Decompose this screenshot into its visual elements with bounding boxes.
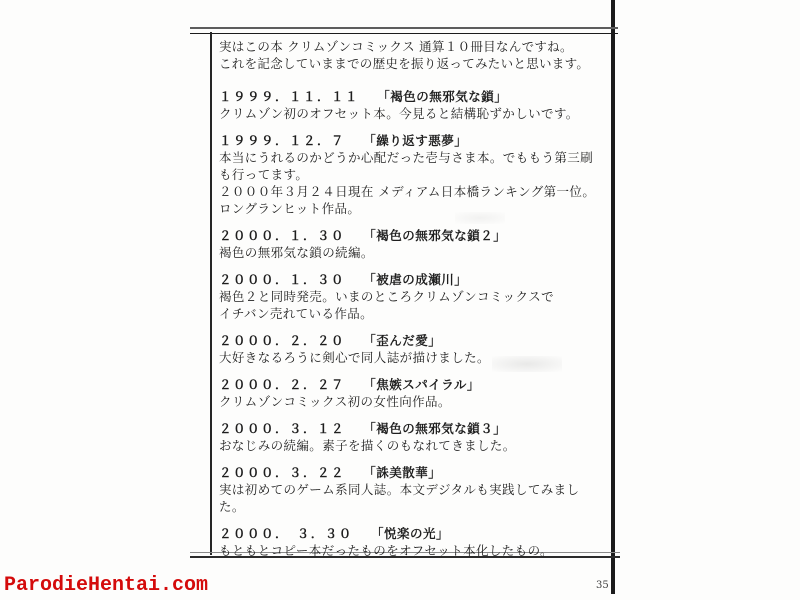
entry-header: ２０００．１．３０ 「褐色の無邪気な鎖２」	[219, 227, 604, 244]
entry-header: ２０００． ３．３０ 「悦楽の光」	[219, 525, 604, 542]
entry-note: クリムゾン初のオフセット本。今見ると結構恥ずかしいです。	[219, 105, 604, 122]
entry-title: 「被虐の成瀬川」	[363, 271, 467, 288]
entry-header: ２０００．１．３０ 「被虐の成瀬川」	[219, 271, 604, 288]
entry-note: ロングランヒット作品。	[219, 200, 604, 217]
entry-note: ２０００年３月２４日現在 メディアム日本橋ランキング第一位。	[219, 183, 604, 200]
entry-note: 実は初めてのゲーム系同人誌。本文デジタルも実践してみました。	[219, 481, 604, 515]
intro-paragraph: 実はこの本 クリムゾンコミックス 通算１０冊目なんですね。 これを記念していまま…	[219, 38, 604, 72]
history-entry: ２０００．２．２０ 「歪んだ愛」 大好きなるろうに剣心で同人誌が描けました。	[219, 332, 604, 366]
entry-header: １９９９．１１．１１ 「褐色の無邪気な鎖」	[219, 88, 604, 105]
history-entry: ２０００．３．１２ 「褐色の無邪気な鎖３」 おなじみの続編。素子を描くのもなれて…	[219, 420, 604, 454]
intro-line: 実はこの本 クリムゾンコミックス 通算１０冊目なんですね。	[219, 38, 604, 55]
entry-title: 「焦嫉スパイラル」	[363, 376, 480, 393]
entry-note: もともとコピー本だったものをオフセット本化したもの。	[219, 542, 604, 559]
entry-date: ２０００．３．２２	[219, 464, 345, 481]
history-entry: ２０００．１．３０ 「褐色の無邪気な鎖２」 褐色の無邪気な鎖の続編。	[219, 227, 604, 261]
entry-date: ２０００．２．２０	[219, 332, 345, 349]
page-top-border-line	[190, 27, 618, 34]
entry-note: クリムゾンコミックス初の女性向作品。	[219, 393, 604, 410]
entry-note: 褐色の無邪気な鎖の続編。	[219, 244, 604, 261]
page-number: 35	[596, 580, 609, 591]
entry-title: 「褐色の無邪気な鎖２」	[363, 227, 506, 244]
entry-title: 「褐色の無邪気な鎖」	[377, 88, 507, 105]
entry-note: イチバン売れている作品。	[219, 305, 604, 322]
entry-note: 本当にうれるのかどうか心配だった壱与さま本。でももう第三刷も行ってます。	[219, 149, 604, 183]
entry-header: ２０００．２．２７ 「焦嫉スパイラル」	[219, 376, 604, 393]
entry-note: 大好きなるろうに剣心で同人誌が描けました。	[219, 349, 604, 366]
entry-note: おなじみの続編。素子を描くのもなれてきました。	[219, 437, 604, 454]
entry-title: 「繰り返す悪夢」	[363, 132, 467, 149]
entry-date: １９９９．１２．７	[219, 132, 345, 149]
entry-date: ２０００．３．１２	[219, 420, 345, 437]
entry-note: 褐色２と同時発売。いまのところクリムゾンコミックスで	[219, 288, 604, 305]
entry-title: 「褐色の無邪気な鎖３」	[363, 420, 506, 437]
entry-header: ２０００．３．２２ 「誅美散華」	[219, 464, 604, 481]
watermark-text: ParodieHentai.com	[4, 574, 208, 597]
entry-date: ２０００．１．３０	[219, 227, 345, 244]
history-entry: ２０００．２．２７ 「焦嫉スパイラル」 クリムゾンコミックス初の女性向作品。	[219, 376, 604, 410]
entry-title: 「悦楽の光」	[371, 525, 449, 542]
history-entry: ２０００．３．２２ 「誅美散華」 実は初めてのゲーム系同人誌。本文デジタルも実践…	[219, 464, 604, 515]
entry-title: 「誅美散華」	[363, 464, 441, 481]
entry-date: ２０００． ３．３０	[219, 525, 353, 542]
scanned-page-background: 実はこの本 クリムゾンコミックス 通算１０冊目なんですね。 これを記念していまま…	[0, 0, 800, 600]
entry-date: ２０００．１．３０	[219, 271, 345, 288]
history-entry: １９９９．１２．７ 「繰り返す悪夢」 本当にうれるのかどうか心配だった壱与さま本…	[219, 132, 604, 217]
history-entry: １９９９．１１．１１ 「褐色の無邪気な鎖」 クリムゾン初のオフセット本。今見ると…	[219, 88, 604, 122]
history-entry: ２０００．１．３０ 「被虐の成瀬川」 褐色２と同時発売。いまのところクリムゾンコ…	[219, 271, 604, 322]
entry-header: １９９９．１２．７ 「繰り返す悪夢」	[219, 132, 604, 149]
entry-header: ２０００．２．２０ 「歪んだ愛」	[219, 332, 604, 349]
entry-date: １９９９．１１．１１	[219, 88, 359, 105]
entry-header: ２０００．３．１２ 「褐色の無邪気な鎖３」	[219, 420, 604, 437]
intro-line: これを記念していままでの歴史を振り返ってみたいと思います。	[219, 55, 604, 72]
entry-date: ２０００．２．２７	[219, 376, 345, 393]
page-left-border-line	[210, 32, 212, 555]
page-right-edge-line	[611, 0, 615, 594]
history-text-block: 実はこの本 クリムゾンコミックス 通算１０冊目なんですね。 これを記念していまま…	[219, 38, 604, 569]
history-entry: ２０００． ３．３０ 「悦楽の光」 もともとコピー本だったものをオフセット本化し…	[219, 525, 604, 559]
entry-title: 「歪んだ愛」	[363, 332, 441, 349]
